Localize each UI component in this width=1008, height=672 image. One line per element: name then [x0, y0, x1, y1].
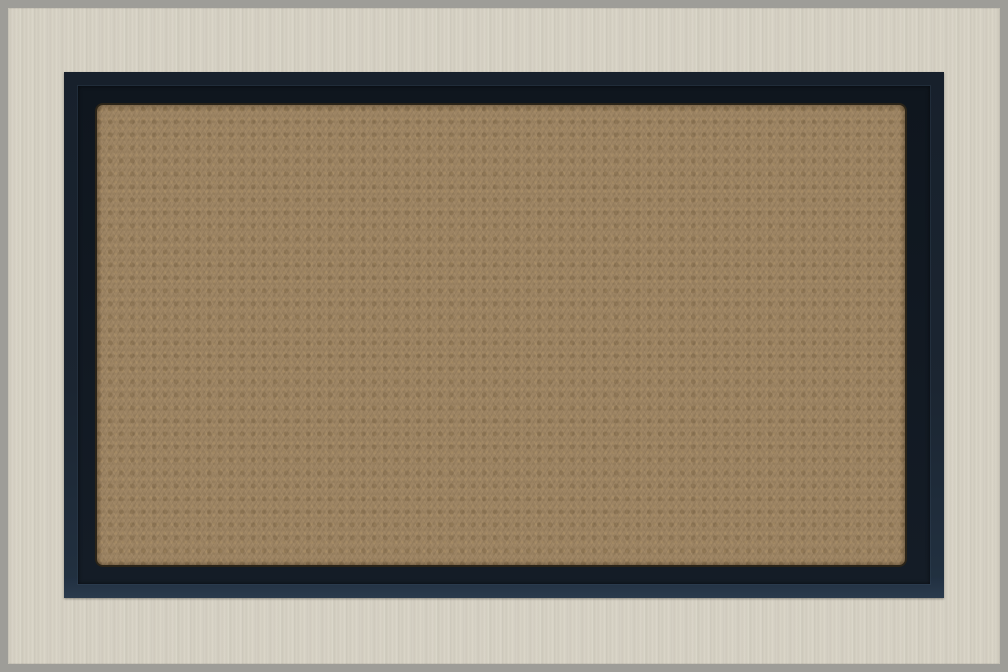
doormat — [64, 72, 944, 598]
coir-fiber-surface — [97, 105, 905, 565]
